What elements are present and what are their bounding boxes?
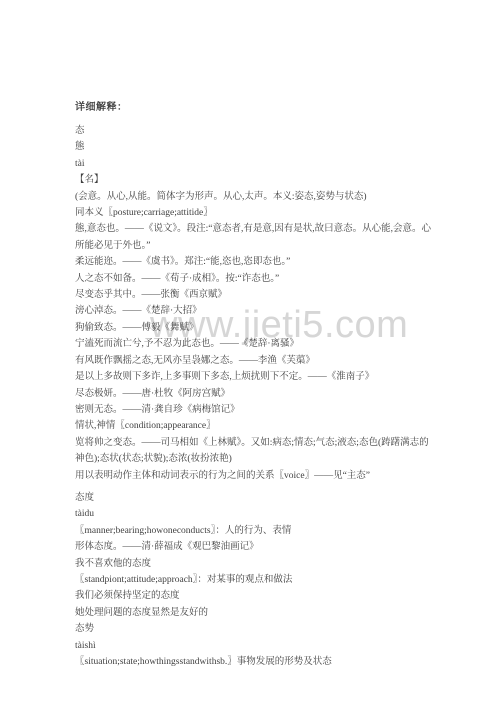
text-line: tàishì bbox=[75, 638, 432, 654]
text-line: 同本义〖posture;carriage;attitide〗 bbox=[75, 205, 432, 221]
text-line: 形体态度。——清·薛福成《观巴黎油画记》 bbox=[75, 539, 432, 555]
text-line: 〖manner;bearing;howoneconducts〗：人的行为、表情 bbox=[75, 523, 432, 539]
text-line: 〖standpiont;attitude;approach〗：对某事的观点和做法 bbox=[75, 572, 432, 588]
document-page: www.jieti5.com 详细解释： 态態tài【名】(会意。从心,从能。简… bbox=[0, 0, 500, 707]
text-line: 尽态极妍。——唐·杜牧《阿房宫赋》 bbox=[75, 386, 432, 402]
text-line: 〖situation;state;howthingsstandwithsb.〗事… bbox=[75, 654, 432, 670]
text-line: 是以上多故则下多诈,上多事则下多态,上烦扰则下不定。——《淮南子》 bbox=[75, 369, 432, 385]
text-line: 态势 bbox=[75, 621, 432, 637]
text-line: 宁溘死而流亡兮,予不忍为此态也。——《楚辞·离骚》 bbox=[75, 336, 432, 352]
text-line: 用以表明动作主体和动词表示的行为之间的关系〖voice〗——见“主态” bbox=[75, 468, 432, 484]
text-line: 柔远能迩。——《虞书》。郑注:“能,恣也,恣即态也。” bbox=[75, 254, 432, 270]
text-line: 我们必须保持坚定的态度 bbox=[75, 588, 432, 604]
text-line: 态 bbox=[75, 123, 432, 139]
text-line: 【名】 bbox=[75, 172, 432, 188]
text-line: tàidu bbox=[75, 506, 432, 522]
text-line: 滂心淖态。——《楚辞·大招》 bbox=[75, 303, 432, 319]
text-line: 態 bbox=[75, 139, 432, 155]
text-line: tài bbox=[75, 156, 432, 172]
text-line: 情状,神情〖condition;appearance〗 bbox=[75, 418, 432, 434]
text-line: 态度 bbox=[75, 490, 432, 506]
section-heading: 详细解释： bbox=[75, 98, 432, 113]
text-content: 详细解释： 态態tài【名】(会意。从心,从能。简体字为形声。从心,太声。本义:… bbox=[75, 98, 432, 670]
text-line: 態,意态也。——《说文》。段注:“意态者,有是意,因有是状,故曰意态。从心能,会… bbox=[75, 221, 432, 254]
text-line: 有风既作飘摇之态,无风亦呈袅娜之态。——李渔《芙蕖》 bbox=[75, 353, 432, 369]
text-line: 人之态不如备。——《荀子·成相》。按:“诈态也。” bbox=[75, 271, 432, 287]
text-line: 密则无态。——清·龚自珍《病梅馆记》 bbox=[75, 402, 432, 418]
definition-lines: 态態tài【名】(会意。从心,从能。简体字为形声。从心,太声。本义:姿态,姿势与… bbox=[75, 123, 432, 670]
text-line: 狗偷致态。——傅毅《舞赋》 bbox=[75, 320, 432, 336]
text-line: 她处理问题的态度显然是友好的 bbox=[75, 605, 432, 621]
text-line: (会意。从心,从能。简体字为形声。从心,太声。本义:姿态,姿势与状态) bbox=[75, 189, 432, 205]
text-line: 我不喜欢他的态度 bbox=[75, 556, 432, 572]
text-line: 览将帅之变态。——司马相如《上林赋》。又如:病态;情态;气态;液态;态色(踌躇满… bbox=[75, 435, 432, 468]
text-line: 尽变态乎其中。——张衡《西京赋》 bbox=[75, 287, 432, 303]
